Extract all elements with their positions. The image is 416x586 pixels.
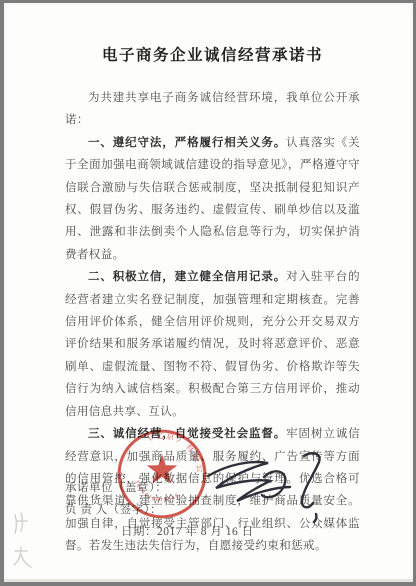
paragraph-1: 一、遵纪守法，严格履行相关义务。认真落实《关于全面加强电商领域诚信建设的指导意见…: [65, 132, 360, 266]
scanned-page: 电子商务企业诚信经营承诺书 为共建共享电子商务诚信经营环境，我单位公开承诺： 一…: [0, 0, 416, 586]
page-title: 电子商务企业诚信经营承诺书: [65, 43, 360, 65]
date-line: 日期：2017 年 8 月 16 日: [65, 521, 360, 543]
unit-label: 承诺单位（盖章）：: [65, 477, 360, 499]
paper-sheet: 电子商务企业诚信经营承诺书 为共建共享电子商务诚信经营环境，我单位公开承诺： 一…: [4, 3, 413, 582]
person-label: 负 责 人（签字）：: [65, 499, 360, 521]
intro-line: 为共建共享电子商务诚信经营环境，我单位公开承诺：: [65, 87, 360, 132]
paragraph-1-body: 认真落实《关于全面加强电商领域诚信建设的指导意见》，严格遵守守信联合激励与失信联…: [65, 137, 360, 261]
paragraph-2: 二、积极立信，建立健全信用记录。对入驻平台的经营者建立实名登记制度，加强管理和定…: [65, 266, 360, 423]
paragraph-3-lead: 三、诚信经营，自觉接受社会监督。: [88, 428, 286, 440]
pencil-annotation: [7, 509, 43, 581]
paragraph-1-lead: 一、遵纪守法，严格履行相关义务。: [88, 137, 286, 149]
paragraph-2-body: 对入驻平台的经营者建立实名登记制度，加强管理和定期核查。完善信用评价体系，健全信…: [65, 271, 360, 417]
signature-block: 承诺单位（盖章）： 负 责 人（签字）： 日期：2017 年 8 月 16 日: [65, 477, 360, 543]
paragraph-2-lead: 二、积极立信，建立健全信用记录。: [88, 271, 286, 283]
scan-edge-shadow: [4, 579, 413, 582]
